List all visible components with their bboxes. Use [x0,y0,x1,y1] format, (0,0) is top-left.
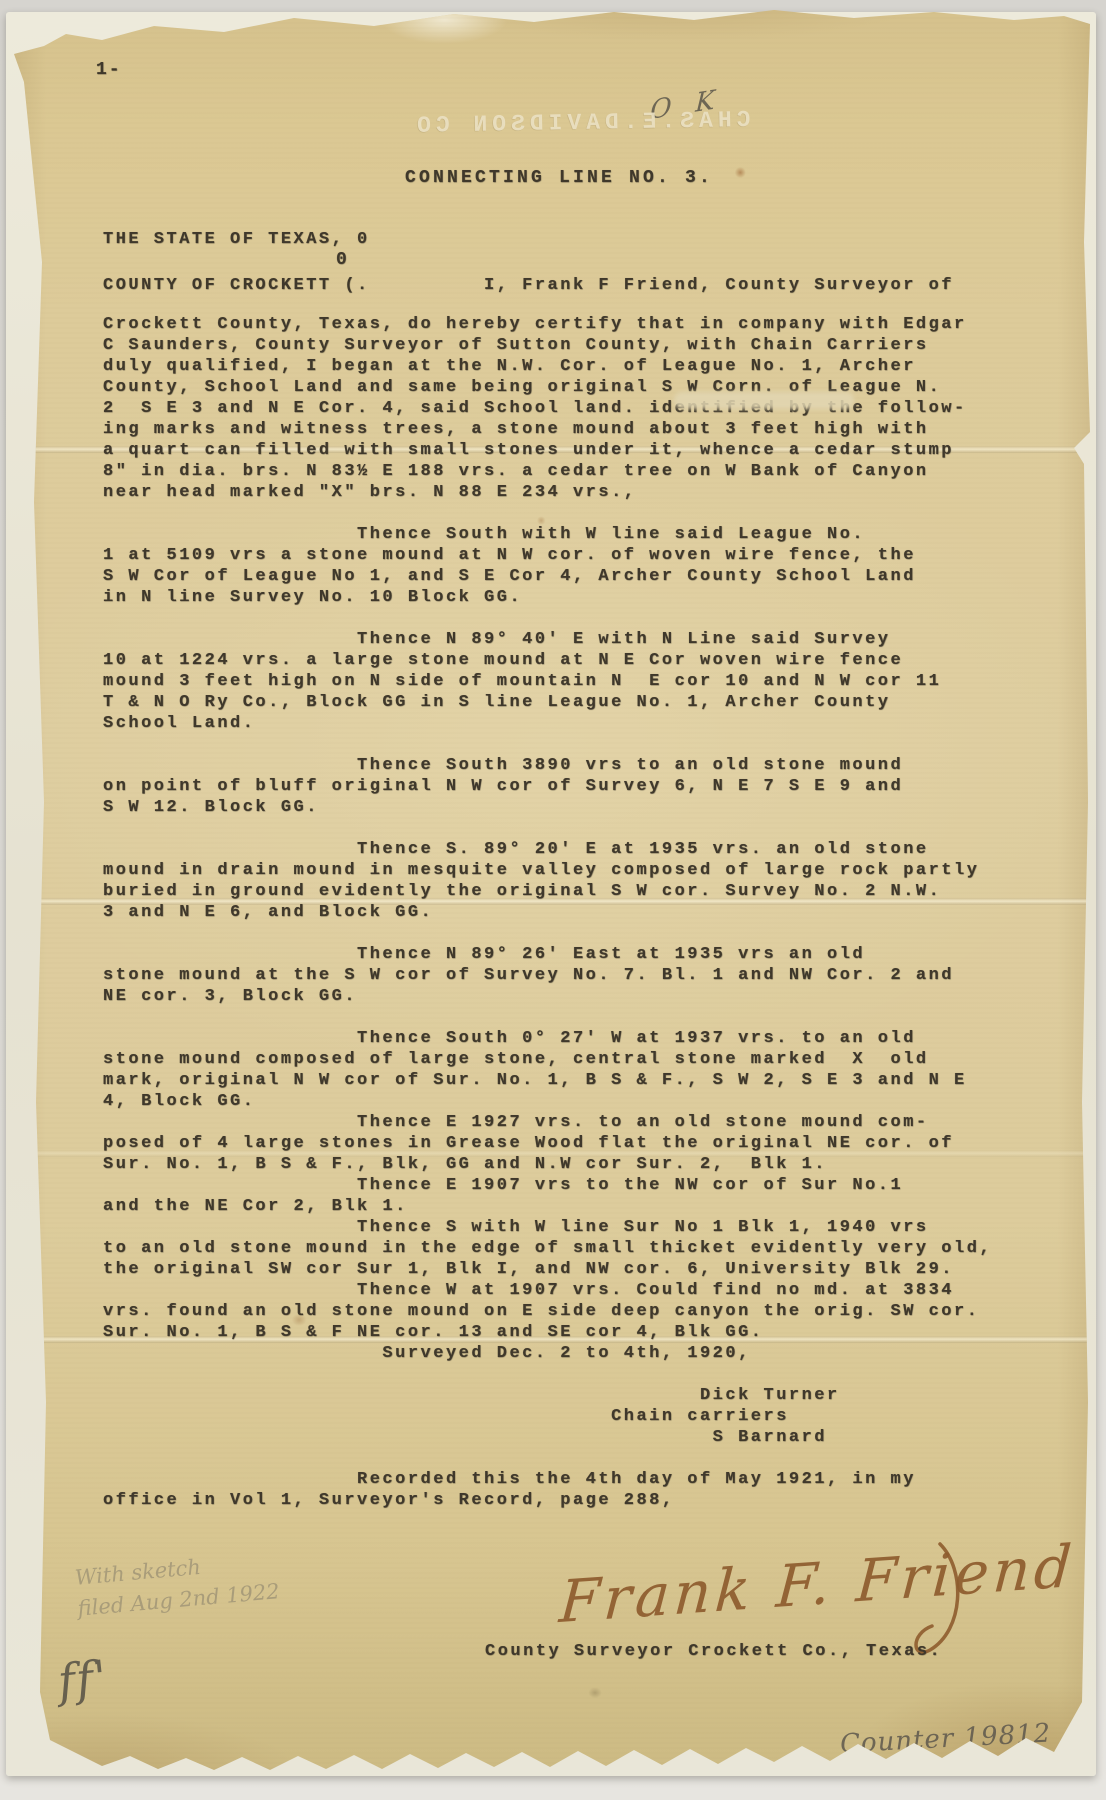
survey-body-text: Crockett County, Texas, do hereby certif… [103,314,992,1511]
document-title: CONNECTING LINE NO. 3. [405,168,713,188]
state-caption-line: THE STATE OF TEXAS, 0 [103,230,370,249]
scanned-survey-document: { "document": { "page_number": "1-", "ok… [0,0,1106,1800]
county-caption-line: COUNTY OF CROCKETT (. I, Frank F Friend,… [103,276,954,295]
pencil-initials: ff' [55,1650,110,1709]
signer-title-line: County Surveyor Crockett Co., Texas. [485,1642,942,1661]
ink-smudge [674,392,854,409]
filing-pencil-note: With sketch filed Aug 2nd 1922 [74,1545,281,1624]
surveyor-signature: Frank F. Friend [557,1532,1077,1637]
document-page: 1- O K CHAS.E.DAVIDSON CO CONNECTING LIN… [14,2,1090,1778]
bleed-through-stamp: CHAS.E.DAVIDSON CO [412,107,751,139]
brace-mark: 0 [336,250,347,270]
page-number: 1- [96,60,122,80]
